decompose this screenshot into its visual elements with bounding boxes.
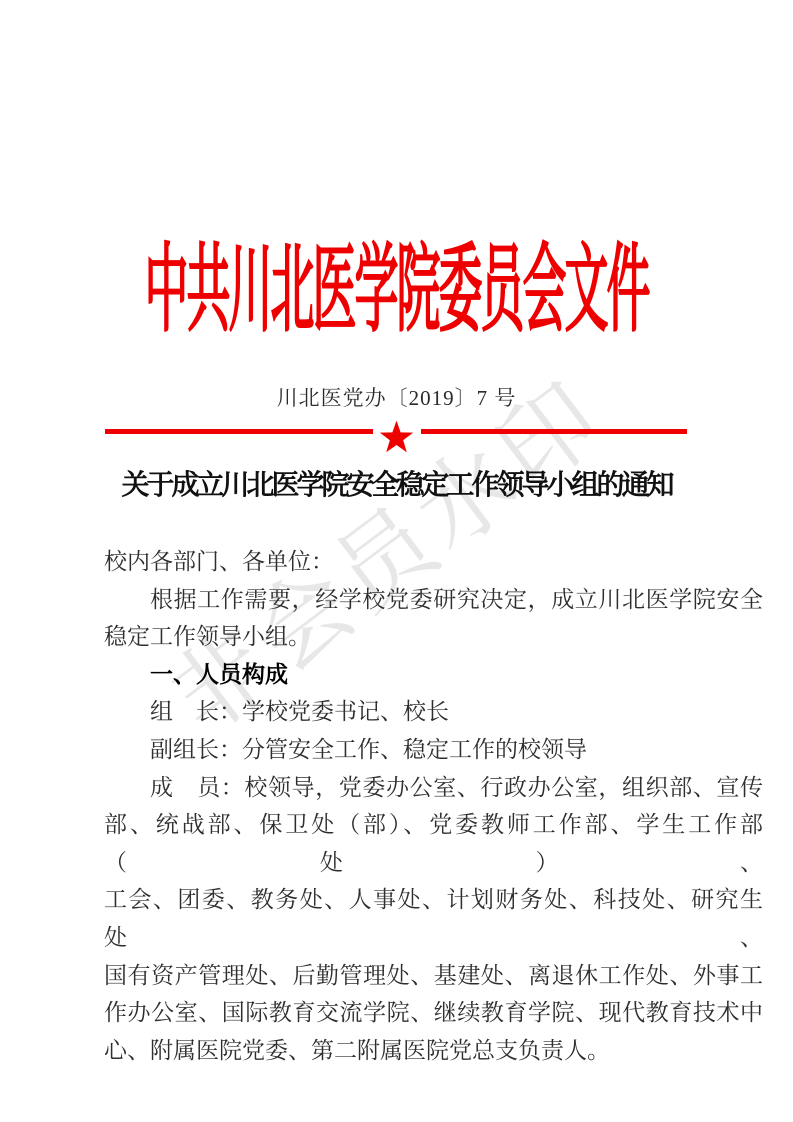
document-content: 中共川北医学院委员会文件 川北医党办〔2019〕7 号 关于成立川北医学院安全稳…: [0, 0, 793, 1122]
body-line-deputy: 副组长：分管安全工作、稳定工作的校领导: [104, 731, 763, 769]
masthead-title: 中共川北医学院委员会文件: [0, 197, 793, 384]
doc-number: 川北医党办〔2019〕7 号: [0, 386, 793, 410]
body-line-leader: 组 长：学校党委书记、校长: [104, 693, 763, 731]
body-line: 作办公室、国际教育交流学院、继续教育学院、现代教育技术中: [104, 994, 763, 1032]
body-line: 稳定工作领导小组。: [104, 618, 763, 656]
red-rule-left: [105, 429, 373, 434]
body-line-members: 成 员：校领导，党委办公室、行政办公室，组织部、宣传: [104, 769, 763, 807]
section-heading: 一、人员构成: [104, 656, 763, 694]
body-line: 国有资产管理处、后勤管理处、基建处、离退休工作处、外事工: [104, 957, 763, 995]
red-rule-right: [421, 429, 687, 434]
body-line: 根据工作需要，经学校党委研究决定，成立川北医学院安全: [104, 581, 763, 619]
notice-title: 关于成立川北医学院安全稳定工作领导小组的通知: [0, 469, 793, 503]
red-star-icon: [378, 419, 415, 454]
document-page: 非会员水印 中共川北医学院委员会文件 川北医党办〔2019〕7 号 关于成立川北…: [0, 0, 793, 1122]
body-line: 部、统战部、保卫处（部）、党委教师工作部、学生工作部（处）、: [104, 806, 763, 881]
body-line-salutation: 校内各部门、各单位：: [104, 543, 763, 581]
body-line: 心、附属医院党委、第二附属医院党总支负责人。: [104, 1032, 763, 1070]
body-text: 校内各部门、各单位： 根据工作需要，经学校党委研究决定，成立川北医学院安全 稳定…: [104, 543, 763, 1069]
body-line: 工会、团委、教务处、人事处、计划财务处、科技处、研究生处、: [104, 881, 763, 956]
